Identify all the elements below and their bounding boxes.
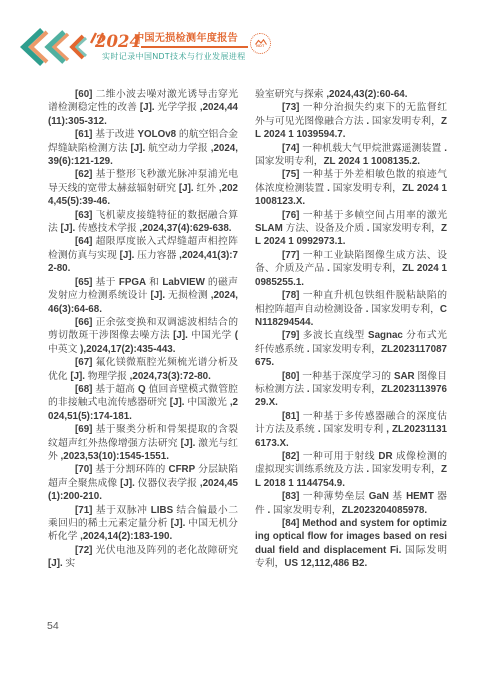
references-column-2: 验室研究与探索 ,2024,43(2):60-64. [73] 一种分治损失约束… [255, 88, 447, 571]
references-column-1: [60] 二维小波去噪对激光诱导击穿光谱检测稳定性的改善 [J]. 光学学报 ,… [48, 88, 238, 571]
reference-item-continuation: 验室研究与探索 ,2024,43(2):60-64. [255, 88, 447, 101]
reference-item: [76] 一种基于多帧空间占用率的激光 SLAM 方法、设备及介质 . 国家发明… [255, 209, 447, 249]
page-header: 2024 中国无损检测年度报告 实时记录中国NDT技术与行业发展进程 NDT [0, 0, 480, 88]
reference-item: [68] 基于超高 Q 值回音壁模式微管腔的非接触式电流传感器研究 [J]. 中… [48, 383, 238, 423]
reference-item: [74] 一种机载大气甲烷泄露遥测装置 . 国家发明专利，ZL 2024 1 1… [255, 142, 447, 169]
reference-item: [65] 基于 FPGA 和 LabVIEW 的磁声发射应力检测系统设计 [J]… [48, 276, 238, 316]
reference-item: [79] 多波长直线型 Sagnac 分布式光纤传感系统 . 国家发明专利，ZL… [255, 329, 447, 369]
reference-item: [66] 正余弦变换和双调滤波相结合的剪切散斑干涉图像去噪方法 [J]. 中国光… [48, 316, 238, 356]
chevrons-icon [16, 26, 106, 66]
reference-item: [84] Method and system for optimizing op… [255, 517, 447, 571]
reference-item: [81] 一种基于多传感器融合的深度估计方法及系统 . 国家发明专利 , ZL2… [255, 410, 447, 450]
reference-item: [73] 一种分治损失约束下的无监督红外与可见光图像融合方法 . 国家发明专利，… [255, 101, 447, 141]
reference-item: [60] 二维小波去噪对激光诱导击穿光谱检测稳定性的改善 [J]. 光学学报 ,… [48, 88, 238, 128]
reference-item: [63] 飞机蒙皮接缝特征的数据融合算法 [J]. 传感技术学报 ,2024,3… [48, 209, 238, 236]
reference-item: [70] 基于分割环阵的 CFRP 分层缺陷超声全聚焦成像 [J]. 仪器仪表学… [48, 463, 238, 503]
reference-item: [82] 一种可用于射线 DR 成像检测的虚拟现实训练系统及方法 . 国家发明专… [255, 450, 447, 490]
report-page: 2024 中国无损检测年度报告 实时记录中国NDT技术与行业发展进程 NDT [… [0, 0, 480, 673]
ndt-logo-badge: NDT [250, 33, 271, 54]
page-number: 54 [47, 620, 59, 632]
reference-item: [69] 基于聚类分析和骨架提取的含裂纹超声红外热像增强方法研究 [J]. 激光… [48, 423, 238, 463]
badge-label: NDT [256, 45, 264, 49]
reference-item: [71] 基于双脉冲 LIBS 结合偏最小二乘回归的稀土元素定量分析 [J]. … [48, 504, 238, 544]
reference-item: [61] 基于改进 YOLOv8 的航空铝合金焊缝缺陷检测方法 [J]. 航空动… [48, 128, 238, 168]
reference-item: [67] 氟化镁微瓶腔光频梳光谱分析及优化 [J]. 物理学报 ,2024,73… [48, 356, 238, 383]
reference-item: [62] 基于整形飞秒激光脉冲泵浦光电导天线的宽带太赫兹辐射研究 [J]. 红外… [48, 168, 238, 208]
references-section: [60] 二维小波去噪对激光诱导击穿光谱检测稳定性的改善 [J]. 光学学报 ,… [48, 88, 447, 571]
reference-item: [64] 超限厚度嵌入式焊缝超声相控阵检测仿真与实现 [J]. 压力容器 ,20… [48, 235, 238, 275]
report-title: 中国无损检测年度报告 [134, 29, 238, 44]
header-rule [141, 46, 248, 48]
reference-item: [80] 一种基于深度学习的 SAR 图像目标检测方法 . 国家发明专利，ZL2… [255, 370, 447, 410]
reference-item: [83] 一种薄势垒层 GaN 基 HEMT 器件 . 国家发明专利，ZL202… [255, 490, 447, 517]
report-subtitle: 实时记录中国NDT技术与行业发展进程 [102, 51, 246, 62]
reference-item: [77] 一种工业缺陷图像生成方法、设备、介质及产品 . 国家发明专利，ZL 2… [255, 249, 447, 289]
reference-item: [75] 一种基于外差相敏色散的痕迹气体浓度检测装置 . 国家发明专利，ZL 2… [255, 168, 447, 208]
reference-item: [78] 一种直升机包铁组件脱粘缺陷的相控阵超声自动检测设备 . 国家发明专利，… [255, 289, 447, 329]
reference-item: [72] 光伏电池及阵列的老化故障研究 [J]. 实 [48, 544, 238, 571]
